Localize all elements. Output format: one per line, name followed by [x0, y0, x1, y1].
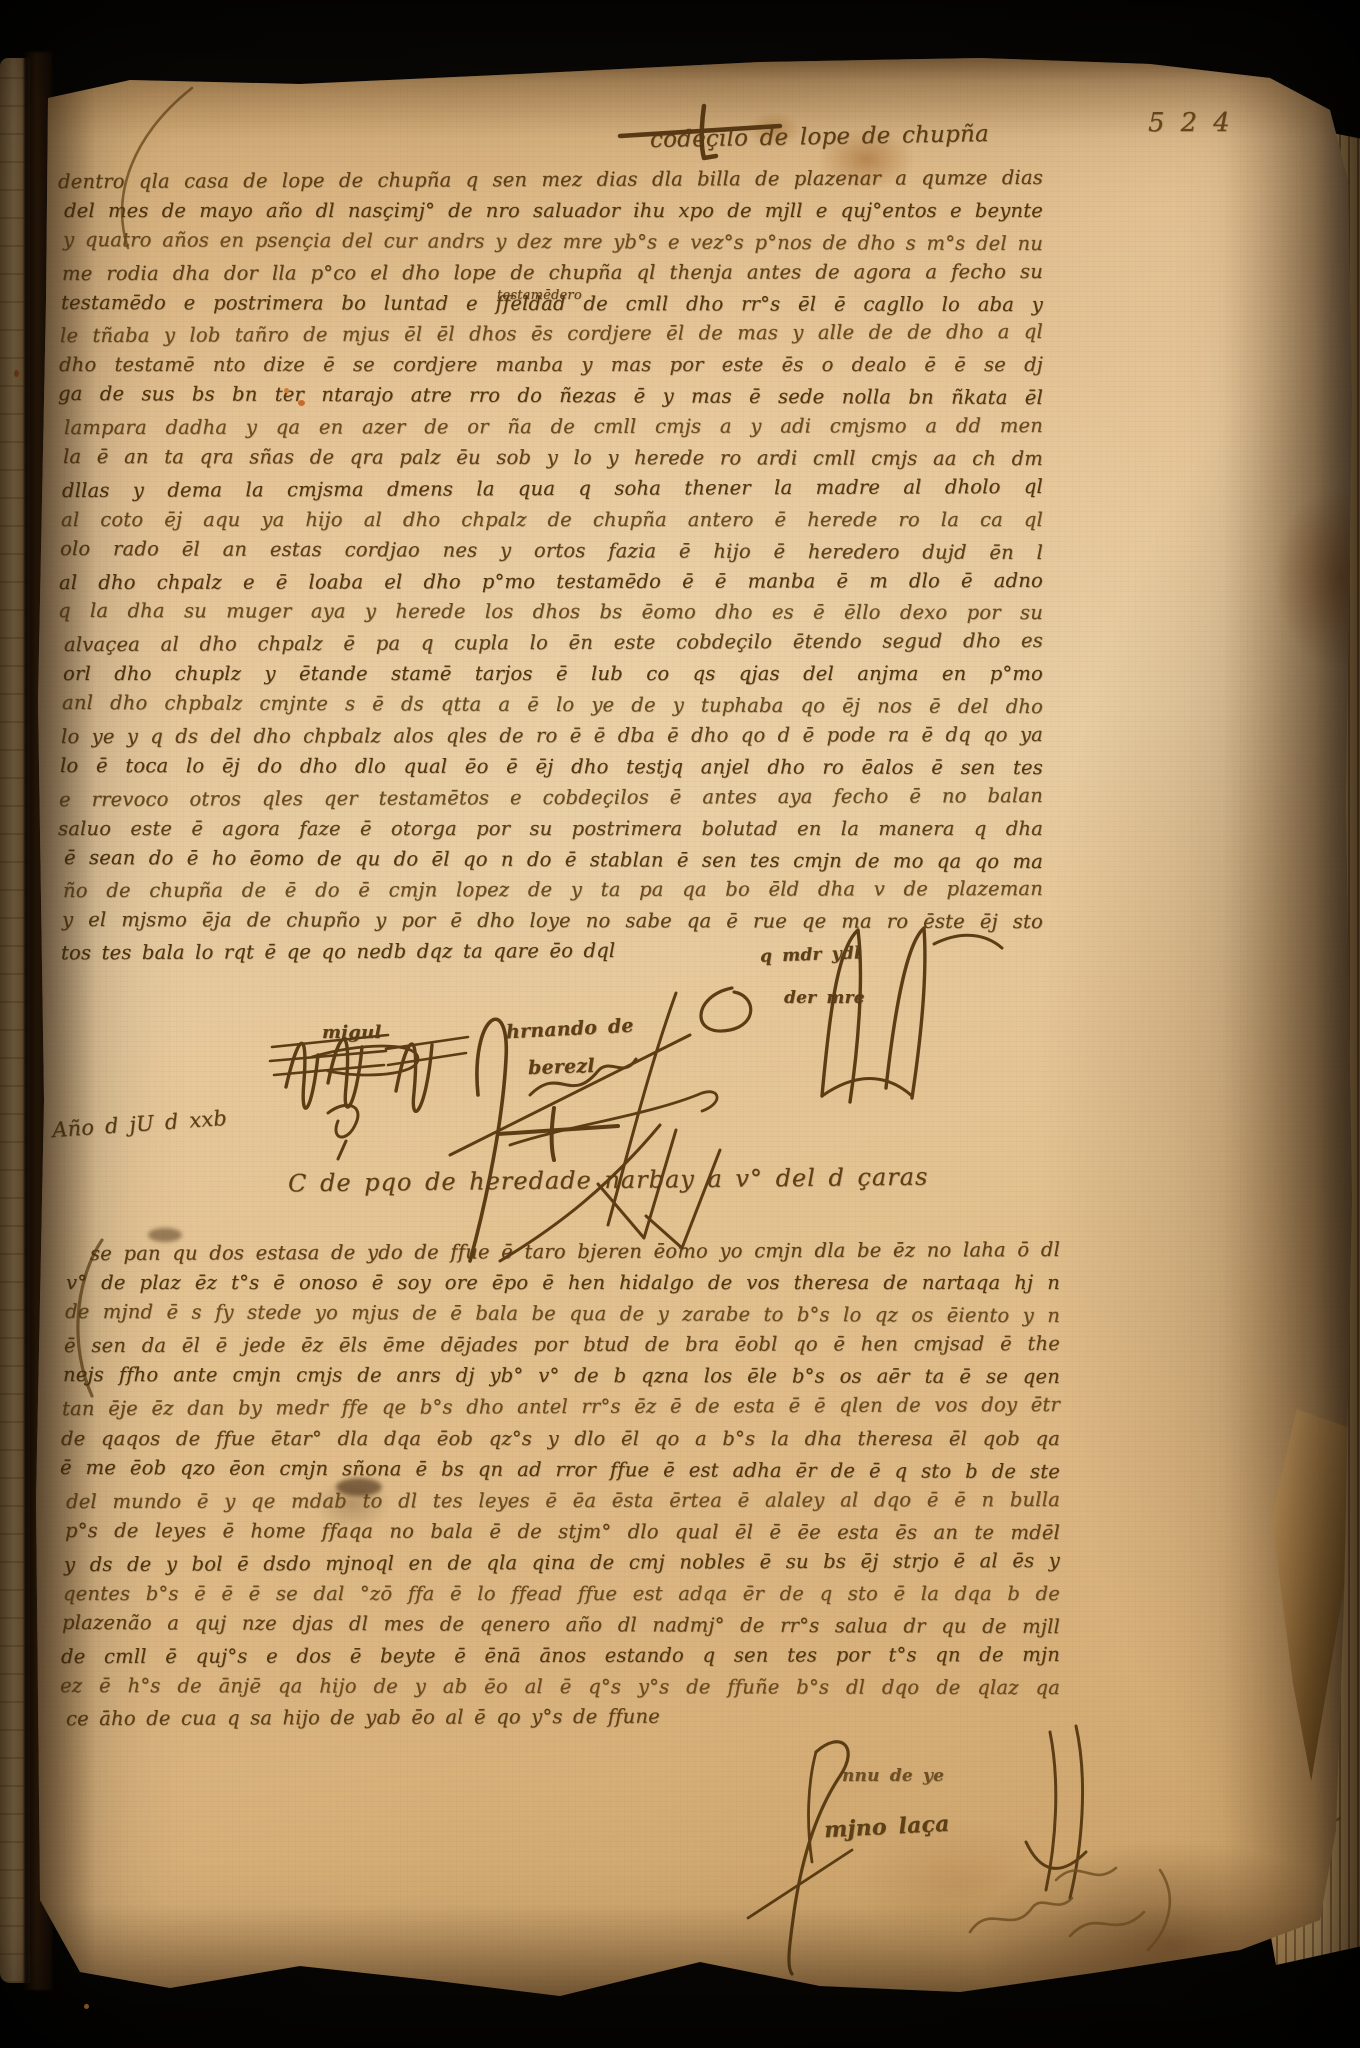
manuscript-line: le tñaba y lob tañro de mjus ēl ēl dhos … [60, 320, 1043, 355]
manuscript-line: lo ē toca lo ēj do dho dlo qual ēo ē ēj … [60, 754, 1043, 787]
manuscript-page: codeçilo de lope de chupña 524 testamēde… [36, 50, 1354, 2002]
manuscript-line: saluo este ē agora faze ē otorga por su … [58, 817, 1043, 848]
manuscript-line: qentes b°s ē ē ē se dal °zō ffa ē lo ffe… [63, 1582, 1060, 1613]
manuscript-line: v° de plaz ēz t°s ē onoso ē soy ore ēpo … [66, 1271, 1060, 1302]
stain-dot [298, 400, 305, 406]
witness-left-name: migul [322, 1022, 381, 1043]
manuscript-line: de qaqos de ffue ētar° dla dqa ēob qz°s … [61, 1427, 1060, 1458]
notary-right-note-line2: der mre [784, 988, 865, 1008]
manuscript-line: orl dho chuplz y ētande stamē tarjos ē l… [63, 662, 1043, 693]
manuscript-line: se pan qu dos estasa de ydo de ffue ē ta… [90, 1238, 1060, 1273]
manuscript-line: e rrevoco otros qles qer testamētos e co… [59, 784, 1043, 819]
manuscript-line: ē sean do ē ho ēomo de qu do ēl qo n do … [64, 846, 1043, 881]
entry2-body: se pan qu dos estasa de ydo de ffue ē ta… [60, 1240, 1060, 1738]
manuscript-line: olo rado ēl an estas cordjao nes y ortos… [60, 537, 1043, 572]
entry1-heading: codeçilo de lope de chupña [650, 121, 989, 153]
entry2-cross-icon [492, 1100, 632, 1170]
manuscript-line: ce āho de cua q sa hijo de yab ēo al ē q… [66, 1705, 626, 1738]
manuscript-photo: codeçilo de lope de chupña 524 testamēde… [0, 0, 1360, 2048]
ink-smudge [336, 1478, 382, 1496]
manuscript-line: dentro qla casa de lope de chupña q sen … [58, 166, 1043, 201]
manuscript-line: ez ē h°s de ānjē qa hijo de y ab ēo al ē… [60, 1674, 1060, 1707]
manuscript-line: tos tes bala lo rqt ē qe qo nedb dqz ta … [61, 939, 672, 972]
manuscript-line: me rodia dha dor lla p°co el dho lope de… [62, 260, 1043, 293]
bottom-flourish-marks [1040, 1840, 1230, 1980]
stain-dot [84, 2004, 89, 2009]
margin-year-note: Año d jU d xxb [51, 1106, 227, 1142]
notary-right-note-line1: q mdr ydl [760, 943, 861, 966]
entry1-body: dentro qla casa de lope de chupña q sen … [58, 168, 1043, 971]
manuscript-line: p°s de leyes ē home ffaqa no bala ē de s… [65, 1519, 1060, 1552]
manuscript-line: dho testamē nto dize ē se cordjere manba… [59, 353, 1043, 384]
manuscript-line: ē me ēob qzo ēon cmjn sñona ē bs qn ad r… [60, 1456, 1060, 1491]
witness-center-name-line2: berezl [528, 1055, 595, 1079]
folio-number: 524 [1148, 108, 1246, 138]
manuscript-line: al dho chpalz e ē loaba el dho p°mo test… [59, 569, 1043, 602]
manuscript-line: plazenão a quj nze djas dl mes de qenero… [62, 1611, 1060, 1646]
bottom-signature-name-line1: nnu de ye [842, 1766, 944, 1786]
manuscript-line: dllas y dema la cmjsma dmens la qua q so… [62, 475, 1043, 510]
manuscript-line: de mjnd ē s fy stede yo mjus de ē bala b… [65, 1300, 1060, 1335]
manuscript-line: del mundo ē y qe mdab to dl tes leyes ē … [66, 1488, 1060, 1521]
manuscript-line: alvaçea al dho chpalz ē pa q cupla lo ēn… [64, 629, 1043, 664]
manuscript-line: de cmll ē quj°s e dos ē beyte ē ēnā ānos… [61, 1643, 1060, 1676]
manuscript-line: la ē an ta qra sñas de qra palz ēu sob y… [63, 445, 1043, 478]
manuscript-line: del mes de mayo año dl nasçimj° de nro s… [64, 199, 1043, 230]
manuscript-line: lo ye y q ds del dho chpbalz alos qles d… [61, 723, 1043, 756]
manuscript-line: ño de chupña de ē do ē cmjn lopez de y t… [63, 877, 1043, 910]
ink-smudge [148, 1228, 182, 1242]
manuscript-line: ē sen da ēl ē jede ēz ēls ēme dējades po… [64, 1332, 1060, 1365]
manuscript-line: y ds de y bol ē dsdo mjnoql en de qla qi… [64, 1549, 1060, 1584]
stain-dot [284, 388, 289, 393]
manuscript-line: nejs ffho ante cmjn cmjs de anrs dj yb° … [63, 1363, 1060, 1396]
entry2-heading: C de pqo de heredade narbay a v° del d ç… [288, 1163, 929, 1198]
manuscript-line: tan ēje ēz dan by medr ffe qe b°s dho an… [62, 1393, 1060, 1428]
manuscript-line: y quatro años en psençia del cur andrs y… [63, 228, 1043, 263]
manuscript-line: q la dha su muger aya y herede los dhos … [58, 599, 1043, 632]
manuscript-line: anl dho chpbalz cmjnte s ē ds qtta a ē l… [62, 691, 1043, 726]
manuscript-line: ga de sus bs bn ter ntarajo atre rro do … [58, 382, 1043, 417]
manuscript-line: al coto ēj aqu ya hijo al dho chpalz de … [61, 508, 1043, 539]
manuscript-line: lampara dadha y qa en azer de or ña de c… [64, 414, 1043, 447]
stain-dot [14, 370, 19, 377]
manuscript-line: testamēdo e postrimera bo luntad e ffeld… [61, 291, 1043, 324]
